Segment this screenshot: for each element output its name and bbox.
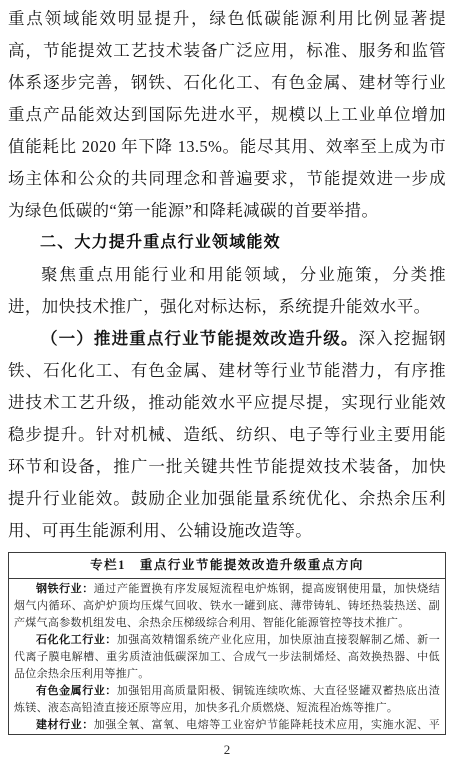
column-box: 专栏1 重点行业节能提效改造升级重点方向 钢铁行业：通过产能置换有序发展短流程电… [8,552,446,735]
column-item-nonferrous-label: 有色金属行业： [36,685,117,697]
column-item-steel-label: 钢铁行业： [36,583,94,595]
column-item-petrochemical: 石化化工行业：加强高效精馏系统产业化应用，加快原油直接裂解制乙烯、新一代离子膜电… [14,632,440,683]
document-page: 重点领域能效明显提升，绿色低碳能源利用比例显著提高，节能提效工艺技术装备广泛应用… [0,0,452,764]
section-heading: 二、大力提升重点行业领域能效 [8,227,446,259]
page-number: 2 [8,742,446,758]
column-item-building-materials-label: 建材行业： [36,719,94,731]
column-box-body: 钢铁行业：通过产能置换有序发展短流程电炉炼钢，提高废钢使用量，加快烧结烟气内循环… [9,579,445,734]
column-item-building-materials: 建材行业：加强全氧、富氧、电熔等工业窑炉节能降耗技术应用，实施水泥、平板玻 [14,717,440,734]
subsection-body-text: 深入挖掘钢铁、石化化工、有色金属、建材等行业节能潜力，有序推进技术工艺升级，推动… [8,329,446,540]
paragraph-subsection: （一）推进重点行业节能提效改造升级。深入挖掘钢铁、石化化工、有色金属、建材等行业… [8,323,446,547]
subsection-title: （一）推进重点行业节能提效改造升级。 [41,329,359,348]
column-item-petrochemical-label: 石化化工行业： [36,634,117,646]
paragraph-overview: 重点领域能效明显提升，绿色低碳能源利用比例显著提高，节能提效工艺技术装备广泛应用… [8,3,446,227]
column-item-nonferrous: 有色金属行业：加强铝用高质量阳极、铜锍连续吹炼、大直径竖罐双蓄热底出渣炼镁、液态… [14,683,440,717]
paragraph-focus: 聚焦重点用能行业和用能领域，分业施策，分类推进，加快技术推广，强化对标达标，系统… [8,259,446,323]
column-box-title: 专栏1 重点行业节能提效改造升级重点方向 [9,553,445,579]
column-item-steel: 钢铁行业：通过产能置换有序发展短流程电炉炼钢，提高废钢使用量，加快烧结烟气内循环… [14,581,440,632]
